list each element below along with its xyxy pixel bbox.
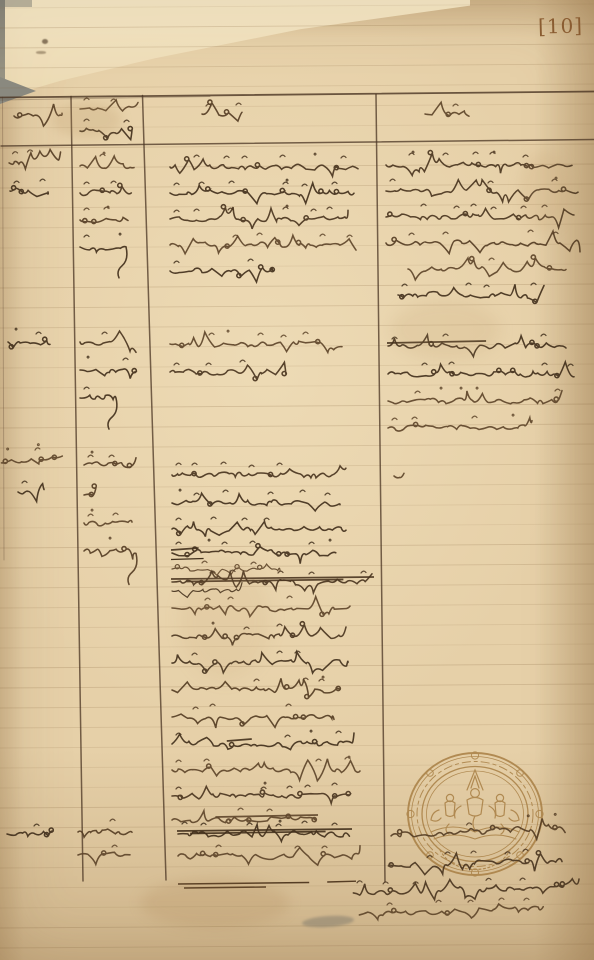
handwritten-line <box>176 818 358 852</box>
handwritten-line <box>384 227 588 261</box>
strikethrough-mark <box>387 341 486 343</box>
handwritten-line <box>168 151 366 185</box>
handwritten-line <box>168 255 282 289</box>
handwritten-line <box>82 507 140 541</box>
handwritten-line <box>176 866 362 900</box>
strikethrough-mark <box>177 829 352 834</box>
handwritten-line <box>170 647 356 681</box>
handwritten-line <box>82 535 144 569</box>
handwritten-line <box>386 358 582 392</box>
manuscript-page: [10] <box>0 0 594 960</box>
handwritten-line <box>16 476 52 510</box>
handwritten-line <box>170 487 348 521</box>
handwritten-line <box>82 449 144 483</box>
handwritten-line <box>176 840 368 874</box>
handwritten-line <box>351 869 588 911</box>
page-number: [10] <box>538 13 584 38</box>
handwritten-line <box>168 328 350 362</box>
ledger-entries <box>0 0 594 960</box>
handwritten-line <box>170 537 344 571</box>
handwritten-line <box>78 231 134 265</box>
handwritten-line <box>357 892 552 933</box>
handwritten-line <box>6 326 58 360</box>
handwritten-line <box>168 229 364 263</box>
handwritten-line <box>388 810 574 854</box>
handwritten-line <box>170 577 250 611</box>
handwritten-line <box>170 459 354 493</box>
handwritten-line <box>8 175 56 209</box>
strikethrough-mark <box>171 548 199 550</box>
handwritten-line <box>168 177 362 211</box>
handwritten-line <box>170 754 368 788</box>
handwritten-line <box>423 98 477 132</box>
handwritten-line <box>384 175 586 209</box>
handwritten-line <box>170 592 358 626</box>
handwritten-line <box>170 701 342 735</box>
handwritten-line <box>406 253 574 287</box>
handwritten-line <box>78 204 136 238</box>
handwritten-line <box>78 115 140 149</box>
handwritten-line <box>170 780 358 814</box>
handwritten-line <box>392 460 412 494</box>
handwritten-line <box>0 437 73 481</box>
handwritten-line <box>386 412 540 446</box>
handwritten-line <box>386 385 570 419</box>
underline-mark <box>171 559 204 560</box>
handwritten-line <box>12 100 70 134</box>
handwritten-line <box>386 330 574 364</box>
handwritten-line <box>384 201 582 235</box>
handwritten-line <box>168 203 356 237</box>
handwritten-line <box>5 818 61 852</box>
handwritten-line <box>78 326 144 360</box>
handwritten-line <box>78 150 142 184</box>
handwritten-line <box>170 566 380 600</box>
handwritten-line <box>200 98 250 132</box>
handwritten-line <box>396 279 552 313</box>
handwritten-line <box>170 620 354 654</box>
handwritten-line <box>78 354 144 388</box>
handwritten-line <box>76 816 140 850</box>
strikethrough-mark <box>171 577 374 582</box>
strikethrough-mark <box>227 739 252 741</box>
handwritten-line <box>78 177 140 211</box>
handwritten-line <box>78 382 124 416</box>
handwritten-line <box>170 513 354 547</box>
strikethrough-mark <box>215 815 318 817</box>
handwritten-line <box>168 356 294 390</box>
handwritten-line <box>384 149 580 183</box>
handwritten-line <box>170 804 324 838</box>
handwritten-line <box>170 674 348 708</box>
handwritten-line <box>6 144 70 181</box>
handwritten-line <box>78 93 146 127</box>
handwritten-line <box>170 555 288 589</box>
handwritten-line <box>170 728 362 762</box>
handwritten-line <box>76 839 138 873</box>
handwritten-line <box>82 479 104 513</box>
handwritten-line <box>386 844 571 884</box>
